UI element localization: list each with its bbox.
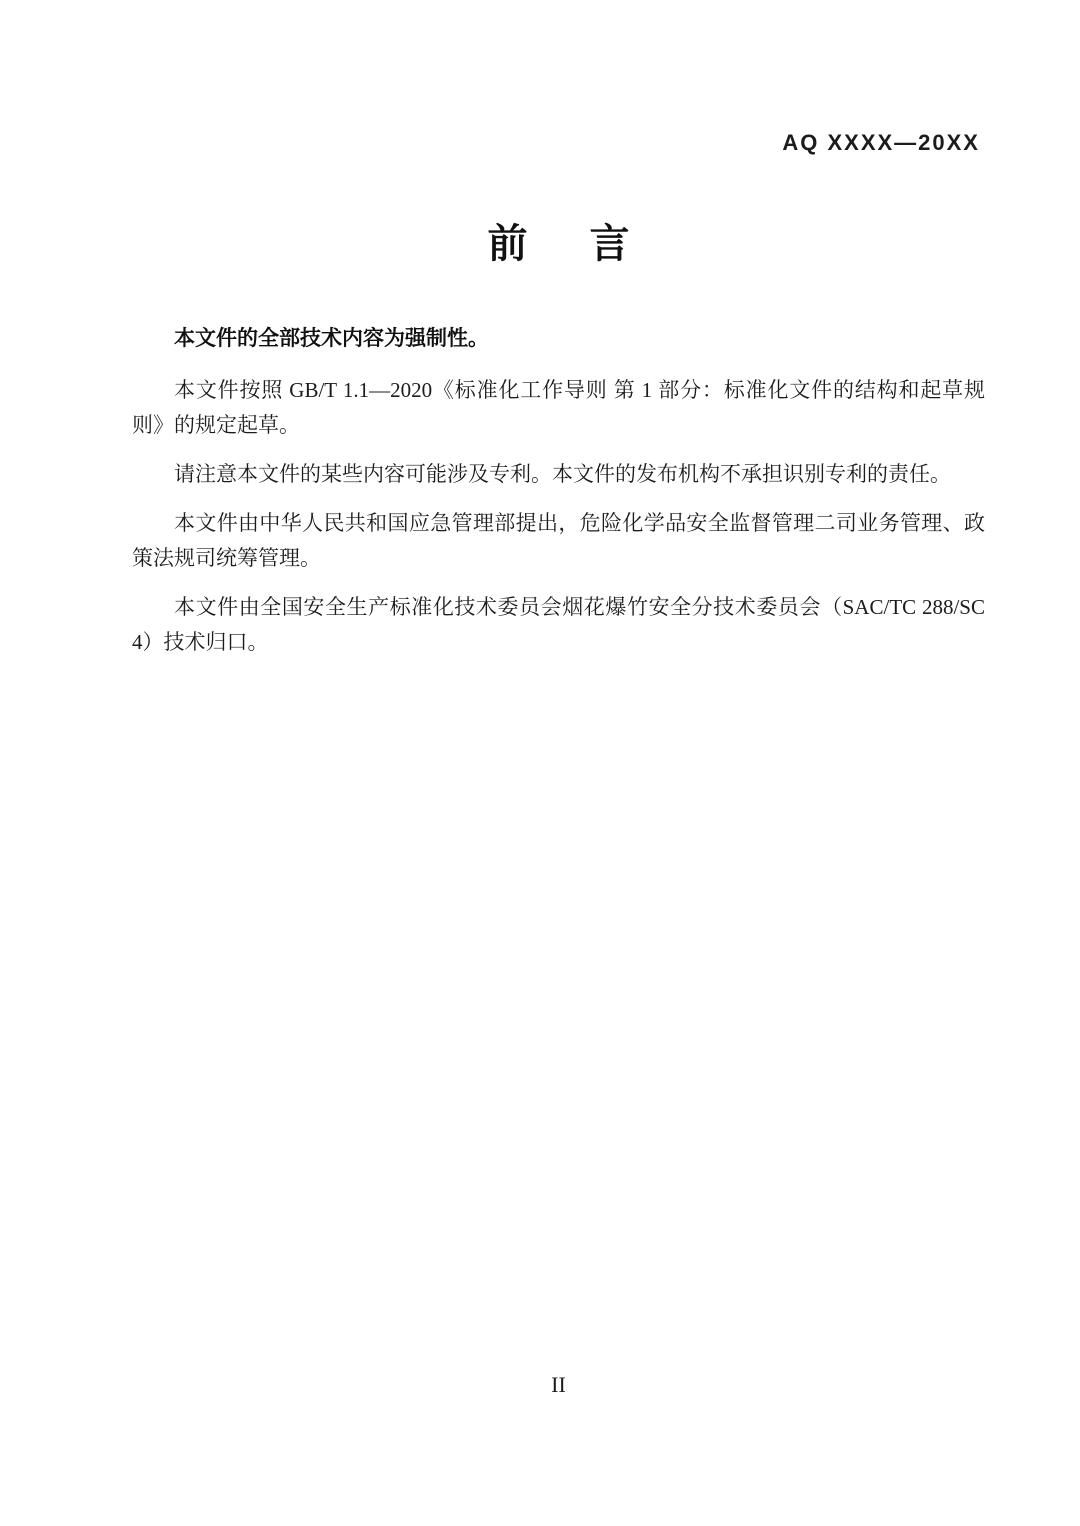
foreword-paragraph-proposing-body: 本文件由中华人民共和国应急管理部提出，危险化学品安全监督管理二司业务管理、政策法… <box>132 506 985 576</box>
foreword-paragraph-patent-note: 请注意本文件的某些内容可能涉及专利。本文件的发布机构不承担识别专利的责任。 <box>132 457 985 492</box>
foreword-paragraph-technical-committee: 本文件由全国安全生产标准化技术委员会烟花爆竹安全分技术委员会（SAC/TC 28… <box>132 590 985 660</box>
page-title: 前言 <box>132 220 985 268</box>
foreword-paragraph-mandatory-note: 本文件的全部技术内容为强制性。 <box>132 321 985 356</box>
page-number: II <box>132 1372 985 1398</box>
document-page: AQ XXXX—20XX 前言 本文件的全部技术内容为强制性。 本文件按照 GB… <box>0 0 1080 1526</box>
standard-code: AQ XXXX—20XX <box>782 130 980 156</box>
foreword-paragraph-drafting-rules: 本文件按照 GB/T 1.1—2020《标准化工作导则 第 1 部分：标准化文件… <box>132 373 985 443</box>
foreword-body: 本文件的全部技术内容为强制性。 本文件按照 GB/T 1.1—2020《标准化工… <box>132 321 985 674</box>
